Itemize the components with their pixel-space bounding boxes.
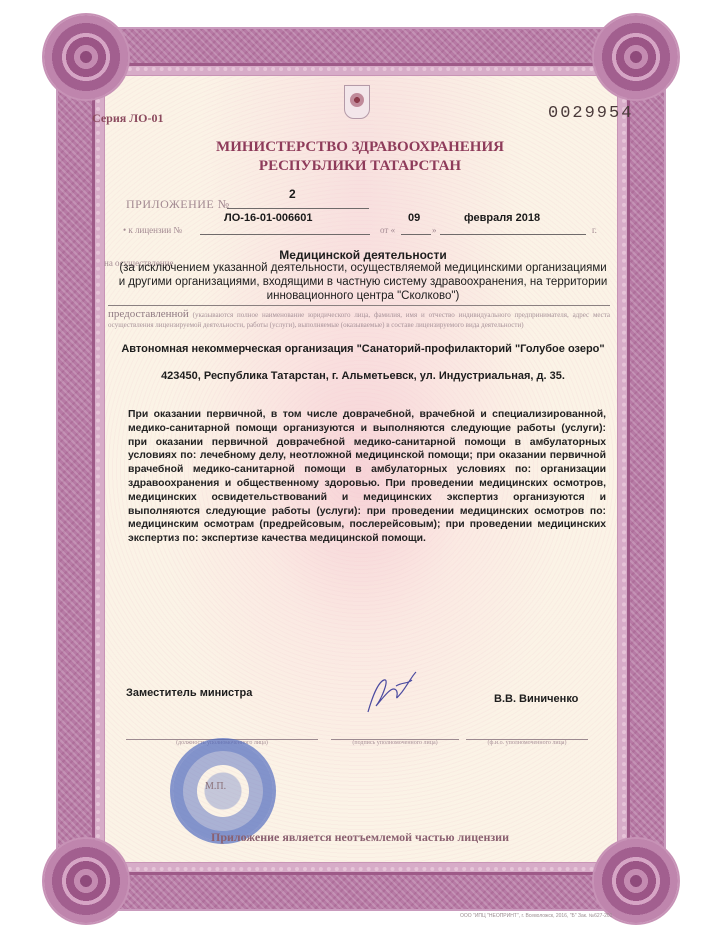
series-label: Серия ЛО-01 — [92, 111, 164, 126]
rosette-corner-icon — [44, 15, 128, 99]
appendix-number: 2 — [289, 187, 296, 201]
activity-subtitle: (за исключением указанной деятельности, … — [118, 261, 608, 303]
signatory-name: В.В. Виниченко — [494, 693, 578, 705]
rosette-corner-icon — [44, 839, 128, 923]
form-number: 0029954 — [548, 104, 633, 123]
rosette-corner-icon — [594, 839, 678, 923]
ministry-title-line2: РЕСПУБЛИКИ ТАТАРСТАН — [100, 157, 620, 176]
signatory-role: Заместитель министра — [126, 687, 252, 699]
license-label: • к лицензии № — [123, 225, 182, 235]
license-number-line — [200, 234, 370, 235]
seal-place-label: М.П. — [205, 781, 226, 792]
year-suffix: г. — [592, 225, 597, 235]
appendix-number-line — [227, 208, 369, 209]
handwritten-signature-icon — [362, 668, 422, 716]
provided-to-label: предоставленной — [108, 308, 189, 320]
ministry-title-line1: МИНИСТЕРСТВО ЗДРАВООХРАНЕНИЯ — [100, 138, 620, 157]
date-from-close: » — [432, 225, 437, 235]
coat-of-arms-icon — [344, 85, 370, 119]
date-from-label: от « — [380, 225, 395, 235]
signature-caption: (подпись уполномоченного лица) — [331, 740, 459, 746]
month-year-line — [440, 234, 586, 235]
rosette-corner-icon — [594, 15, 678, 99]
organization-name: Автономная некоммерческая организация "С… — [118, 343, 608, 356]
services-description: При оказании первичной, в том числе довр… — [128, 408, 606, 546]
activity-line — [108, 305, 610, 306]
printer-imprint: ООО "ИПЦ "НЕОПРИНТ", г. Всеволожск, 2016… — [460, 913, 612, 919]
license-number: ЛО-16-01-006601 — [224, 212, 312, 224]
day-line — [401, 234, 431, 235]
license-month-year: февраля 2018 — [464, 212, 540, 224]
footer-note: Приложение является неотъемлемой частью … — [100, 830, 620, 845]
provided-to-block: предоставленной (указываются полное наим… — [108, 309, 610, 330]
organization-address: 423450, Республика Татарстан, г. Альметь… — [118, 370, 608, 382]
name-caption: (ф.и.о. уполномоченного лица) — [466, 740, 588, 746]
license-day: 09 — [408, 212, 420, 224]
activity-title: Медицинской деятельности — [118, 248, 608, 262]
appendix-label: ПРИЛОЖЕНИЕ № — [126, 197, 230, 212]
